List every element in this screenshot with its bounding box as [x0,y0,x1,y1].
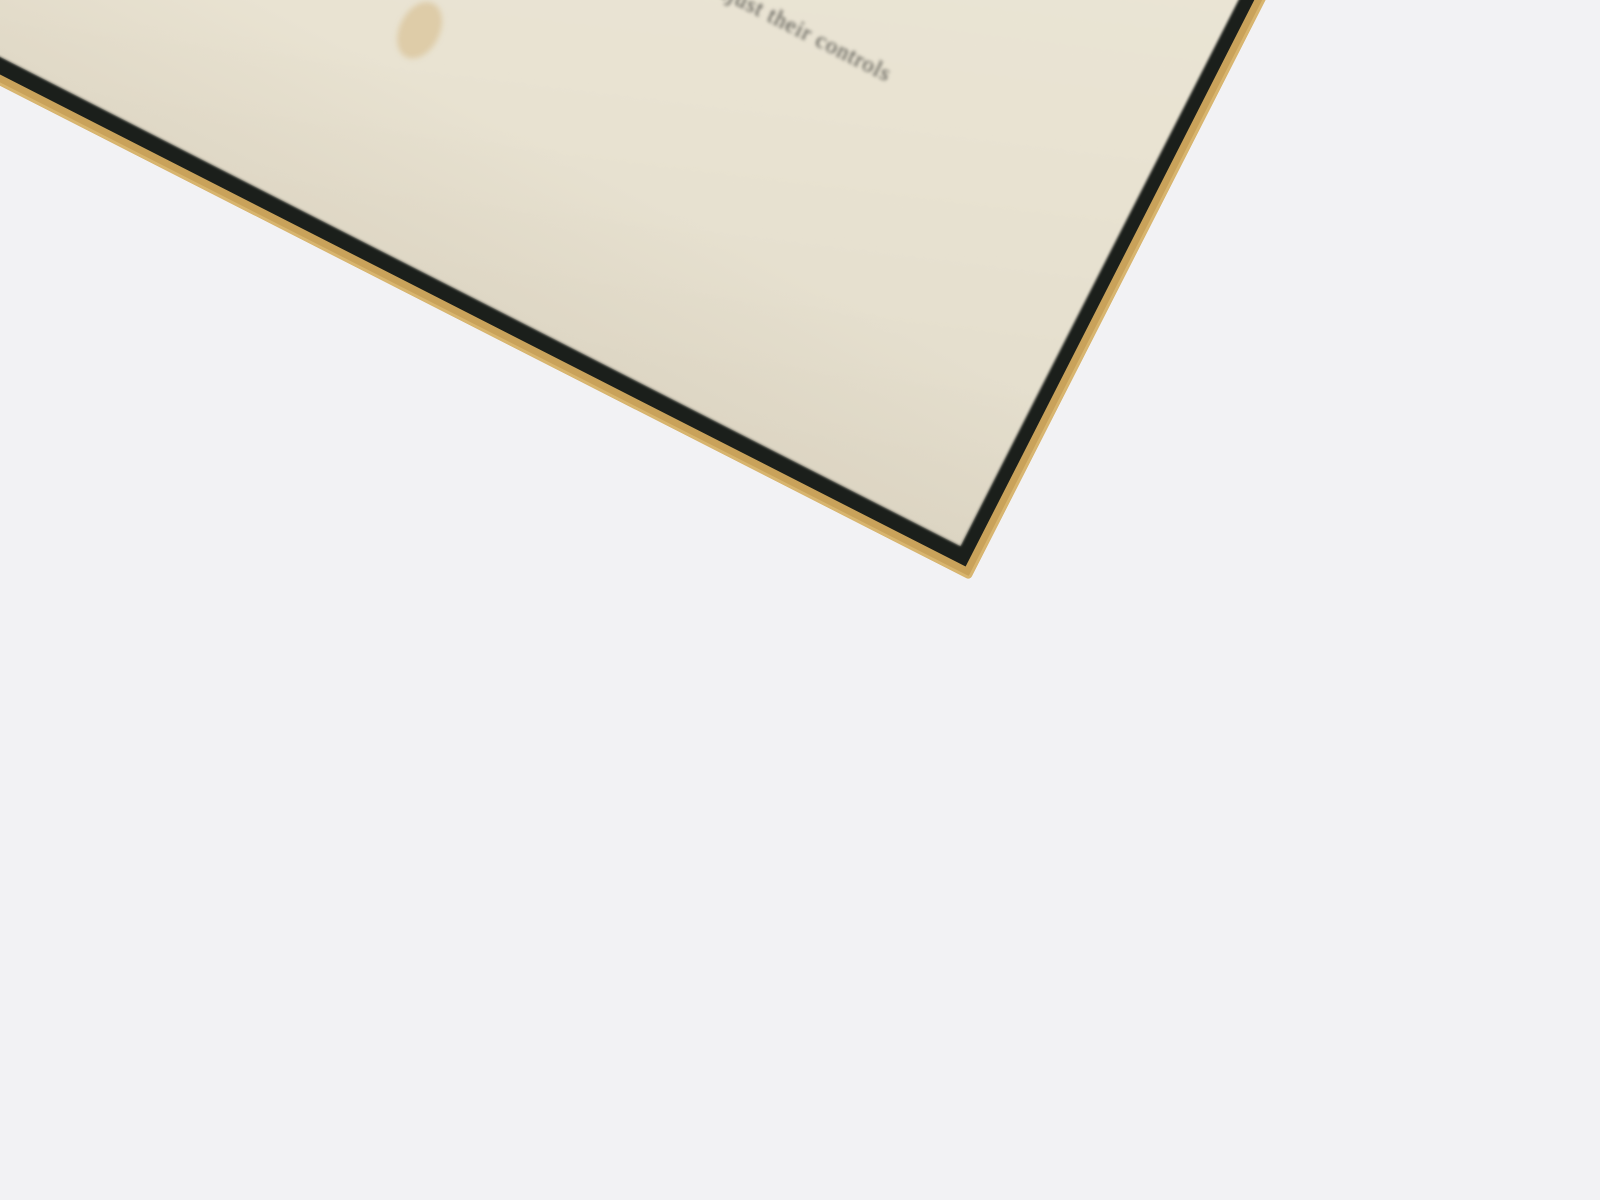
photo-scene: …which are generally effective …the qual… [0,0,1600,1200]
book: …which are generally effective …the qual… [0,0,1600,580]
